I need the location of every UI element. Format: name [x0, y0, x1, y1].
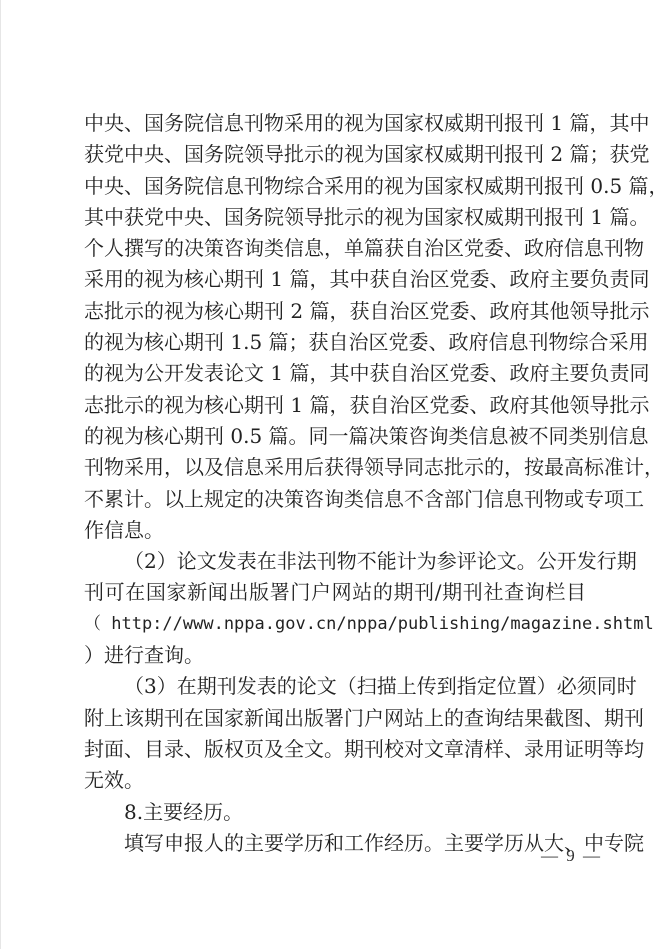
text-line: 中央、国务院信息刊物综合采用的视为国家权威期刊报刊 0.5 篇， [84, 171, 586, 202]
document-body: 中央、国务院信息刊物采用的视为国家权威期刊报刊 1 篇，其中 获党中央、国务院领… [84, 108, 586, 859]
text-line: 刊可在国家新闻出版署门户网站的期刊/期刊社查询栏目 [84, 577, 586, 608]
page-number: — 9 — [541, 846, 602, 866]
text-line: 志批示的视为核心期刊 2 篇，获自治区党委、政府其他领导批示 [84, 296, 586, 327]
text-line: 志批示的视为核心期刊 1 篇，获自治区党委、政府其他领导批示 [84, 390, 586, 421]
document-page: 中央、国务院信息刊物采用的视为国家权威期刊报刊 1 篇，其中 获党中央、国务院领… [0, 0, 671, 949]
text-line: 附上该期刊在国家新闻出版署门户网站上的查询结果截图、期刊 [84, 703, 586, 734]
text-line: 中央、国务院信息刊物采用的视为国家权威期刊报刊 1 篇，其中 [84, 108, 586, 139]
text-line: ）进行查询。 [84, 640, 586, 671]
text-line: 的视为公开发表论文 1 篇，其中获自治区党委、政府主要负责同 [84, 358, 586, 389]
text-line: 刊物采用，以及信息采用后获得领导同志批示的，按最高标准计， [84, 452, 586, 483]
paragraph-2-heading-line: （2）论文发表在非法刊物不能计为参评论文。公开发行期 [84, 546, 586, 577]
text-line: 采用的视为核心期刊 1 篇，其中获自治区党委、政府主要负责同 [84, 264, 586, 295]
text-line: 不累计。以上规定的决策咨询类信息不含部门信息刊物或专项工 [84, 484, 586, 515]
text-line: 其中获党中央、国务院领导批示的视为国家权威期刊报刊 1 篇。 [84, 202, 586, 233]
text-line: 无效。 [84, 765, 586, 796]
text-line: 封面、目录、版权页及全文。期刊校对文章清样、录用证明等均 [84, 734, 586, 765]
paragraph-3-heading-line: （3）在期刊发表的论文（扫描上传到指定位置）必须同时 [84, 671, 586, 702]
url-line: （ http://www.nppa.gov.cn/nppa/publishing… [84, 609, 586, 640]
text-line: 获党中央、国务院领导批示的视为国家权威期刊报刊 2 篇；获党 [84, 139, 586, 170]
text-line: 的视为核心期刊 1.5 篇；获自治区党委、政府信息刊物综合采用 [84, 327, 586, 358]
text-line: 个人撰写的决策咨询类信息，单篇获自治区党委、政府信息刊物 [84, 233, 586, 264]
text-line: 作信息。 [84, 515, 586, 546]
text-line: 的视为核心期刊 0.5 篇。同一篇决策咨询类信息被不同类别信息 [84, 421, 586, 452]
text-line: 填写申报人的主要学历和工作经历。主要学历从大、中专院 [84, 828, 586, 859]
section-heading-main-experience: 8.主要经历。 [84, 797, 586, 828]
